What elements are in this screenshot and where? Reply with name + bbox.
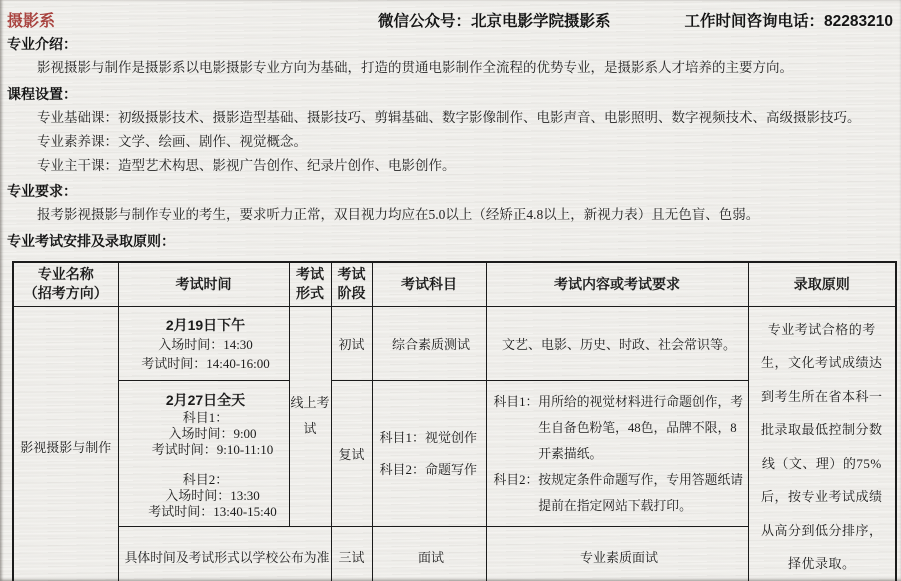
document-header: 摄影系 微信公众号：北京电影学院摄影系 工作时间咨询电话：82283210 — [7, 8, 895, 28]
cell-content-first: 文艺、电影、历史、时政、社会常识等。 — [486, 306, 748, 381]
second-exam-subject2: 科目2：命题写作 — [373, 454, 486, 486]
header-principle: 录取原则 — [748, 262, 896, 306]
cell-stage-third: 三试 — [331, 527, 372, 581]
cell-content-third: 专业素质面试 — [486, 527, 748, 581]
curriculum-core-line: 专业主干课：造型艺术构思、影视广告创作、纪录片创作、电影创作。 — [7, 157, 895, 175]
requirements-paragraph: 报考影视摄影与制作专业的考生，要求听力正常，双目视力均应在5.0以上（经矫正4.… — [7, 206, 895, 224]
cell-time-first-exam: 2月19日下午 入场时间：14:30 考试时间：14:40-16:00 — [118, 306, 289, 381]
header-subject: 考试科目 — [372, 262, 486, 306]
requirements-heading: 专业要求： — [7, 182, 895, 200]
cell-admission-principle: 专业考试合格的考生，文化考试成绩达到考生所在省本科一批录取最低控制分数线（文、理… — [748, 306, 896, 581]
table-header-row: 专业名称 （招考方向） 考试时间 考试 形式 考试 阶段 考试科目 考试内容或考… — [13, 262, 896, 306]
content1-label: 科目1： — [494, 389, 539, 467]
subject1-exam-time: 考试时间：9:10-11:10 — [127, 442, 285, 458]
second-exam-content2: 科目2： 按规定条件命题写作，专用答题纸请提前在指定网站下载打印。 — [487, 467, 748, 519]
intro-heading: 专业介绍： — [7, 35, 895, 53]
second-exam-subject1: 科目1：视觉创作 — [373, 422, 486, 454]
cell-time-third-exam: 具体时间及考试形式以学校公布为准 — [118, 527, 331, 581]
second-exam-date: 2月27日全天 — [127, 390, 285, 410]
cell-subject-second: 科目1：视觉创作 科目2：命题写作 — [372, 381, 486, 527]
header-time: 考试时间 — [118, 262, 289, 306]
subject1-label: 科目1： — [127, 410, 285, 426]
curriculum-literacy-line: 专业素养课：文学、绘画、剧作、视觉概念。 — [7, 133, 895, 151]
curriculum-basic-line: 专业基础课：初级摄影技术、摄影造型基础、摄影技巧、剪辑基础、数字影像制作、电影声… — [7, 109, 895, 127]
subject2-exam-time: 考试时间：13:40-15:40 — [127, 504, 285, 520]
cell-subject-first: 综合素质测试 — [372, 306, 486, 381]
intro-paragraph: 影视摄影与制作是摄影系以电影摄影专业方向为基础，打造的贯通电影制作全流程的优势专… — [7, 59, 895, 77]
content1-text: 用所给的视觉材料进行命题创作，考生自备色粉笔，48色，品牌不限，8开素描纸。 — [538, 389, 743, 467]
subject1-entry-time: 入场时间：9:00 — [127, 426, 285, 442]
cell-time-second-exam: 2月27日全天 科目1： 入场时间：9:00 考试时间：9:10-11:10 科… — [118, 381, 289, 527]
header-form: 考试 形式 — [289, 262, 331, 306]
subject2-label: 科目2： — [127, 472, 285, 488]
header-major: 专业名称 （招考方向） — [13, 262, 118, 306]
cell-major-name: 影视摄影与制作 — [13, 306, 118, 581]
cell-stage-second: 复试 — [331, 381, 372, 527]
department-title: 摄影系 — [7, 8, 378, 31]
wechat-account-label: 微信公众号：北京电影学院摄影系 — [378, 9, 611, 31]
first-exam-entry-time: 入场时间：14:30 — [127, 335, 285, 354]
header-content: 考试内容或考试要求 — [486, 262, 748, 306]
header-form-line2: 形式 — [290, 284, 331, 303]
curriculum-heading: 课程设置： — [7, 85, 895, 103]
header-form-line1: 考试 — [290, 265, 331, 284]
header-stage-line2: 阶段 — [332, 284, 372, 303]
content2-label: 科目2： — [494, 467, 539, 519]
second-exam-content1: 科目1： 用所给的视觉材料进行命题创作，考生自备色粉笔，48色，品牌不限，8开素… — [487, 389, 748, 467]
consult-phone-label: 工作时间咨询电话：82283210 — [685, 9, 893, 31]
document-page: 摄影系 微信公众号：北京电影学院摄影系 工作时间咨询电话：82283210 专业… — [0, 0, 901, 581]
exam-plan-heading: 专业考试安排及录取原则： — [7, 232, 895, 250]
header-stage-line1: 考试 — [332, 265, 372, 284]
document-content: 摄影系 微信公众号：北京电影学院摄影系 工作时间咨询电话：82283210 专业… — [0, 0, 901, 581]
exam-schedule-table: 专业名称 （招考方向） 考试时间 考试 形式 考试 阶段 考试科目 考试内容或考… — [12, 261, 897, 581]
cell-subject-third: 面试 — [372, 527, 486, 581]
cell-stage-first: 初试 — [331, 306, 372, 381]
content2-text: 按规定条件命题写作，专用答题纸请提前在指定网站下载打印。 — [538, 467, 743, 519]
table-row-first-exam: 影视摄影与制作 2月19日下午 入场时间：14:30 考试时间：14:40-16… — [13, 306, 896, 381]
header-stage: 考试 阶段 — [331, 262, 372, 306]
header-major-line2: （招考方向） — [14, 284, 118, 303]
cell-exam-form: 线上考试 — [289, 306, 331, 527]
cell-content-second: 科目1： 用所给的视觉材料进行命题创作，考生自备色粉笔，48色，品牌不限，8开素… — [486, 381, 748, 527]
subject2-entry-time: 入场时间：13:30 — [127, 488, 285, 504]
first-exam-exam-time: 考试时间：14:40-16:00 — [127, 354, 285, 373]
header-major-line1: 专业名称 — [14, 265, 118, 284]
first-exam-date: 2月19日下午 — [127, 315, 285, 335]
